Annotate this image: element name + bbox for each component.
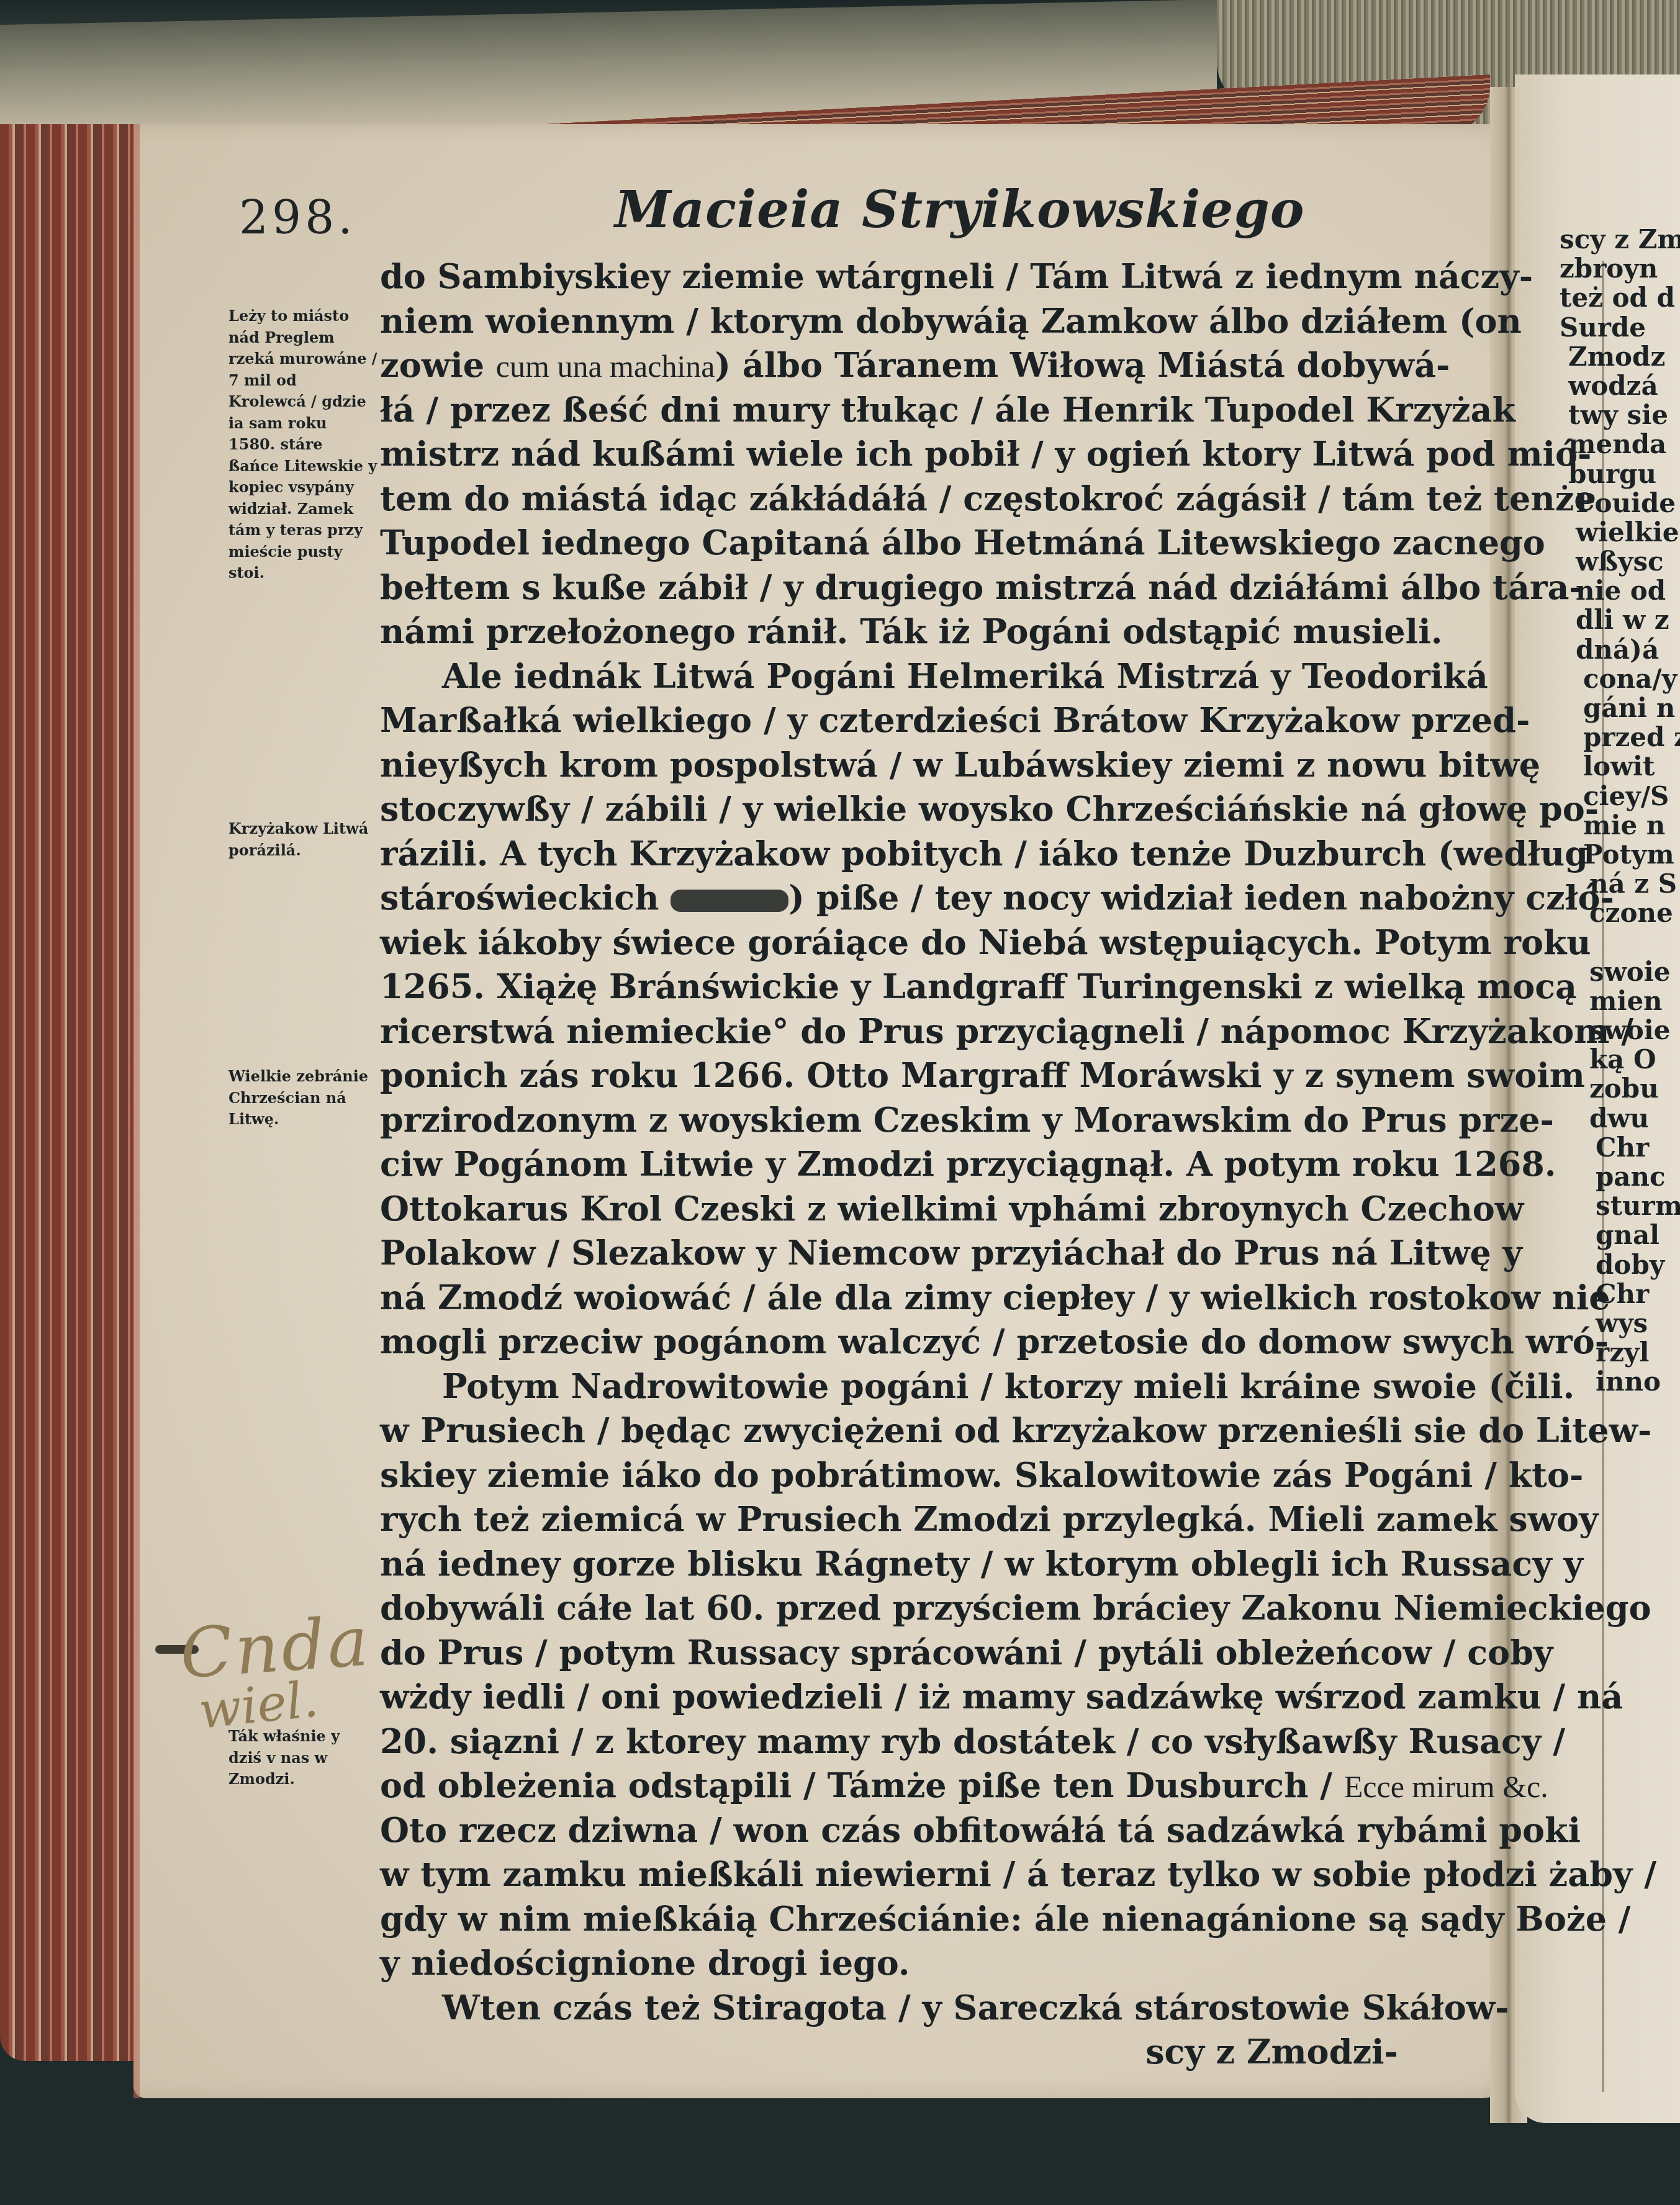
latin-phrase: Ecce mirum &c. — [1344, 1769, 1548, 1804]
right-page-line-fragment: burgu — [1560, 459, 1680, 489]
text-line: w tym zamku mießkáli niewierni / á teraz… — [380, 1852, 1398, 1897]
right-page-line-fragment: wßysc — [1560, 547, 1680, 576]
right-page-line-fragment: cona/y — [1560, 664, 1680, 693]
right-page-line-fragment: Chr — [1560, 1279, 1680, 1309]
text-line: Ale iednák Litwá Pogáni Helmeriká Mistrz… — [380, 654, 1398, 699]
text-line: wżdy iedli / oni powiedzieli / iż mamy s… — [380, 1675, 1398, 1720]
text-line: dobywáli cáłe lat 60. przed przyściem br… — [380, 1586, 1398, 1631]
right-page-line-fragment: inno — [1560, 1367, 1680, 1396]
right-page-line-fragment: sturm — [1560, 1191, 1680, 1220]
text-line: do Sambiyskiey ziemie wtárgneli / Tám Li… — [380, 255, 1398, 299]
right-page-line-fragment: ciey/S — [1560, 782, 1680, 811]
right-page-line-fragment: wielkie — [1560, 518, 1680, 547]
text-line: Marßałká wielkiego / y czterdzieści Brát… — [380, 698, 1398, 743]
margin-note-crusade: Wielkie zebránie Chrześcian ná Litwę. — [228, 1066, 377, 1130]
right-page-line-fragment: Pouide — [1560, 489, 1680, 518]
text-line: ponich zás roku 1266. Otto Margraff Morá… — [380, 1053, 1398, 1098]
right-page-line-fragment: Zmodz — [1560, 342, 1680, 371]
text-line: gdy w nim mießkáią Chrześciánie: ále nie… — [380, 1897, 1398, 1942]
right-page-line-fragment: zobu — [1560, 1074, 1680, 1103]
text-line: rych też ziemicá w Prusiech Zmodzi przyl… — [380, 1497, 1398, 1542]
text-segment: stároświeckich — [380, 878, 671, 918]
main-text-column: do Sambiyskiey ziemie wtárgneli / Tám Li… — [380, 255, 1398, 2075]
text-line: 20. siązni / z ktorey mamy ryb dostátek … — [380, 1720, 1398, 1764]
handwritten-annotation: Cnda wiel. — [155, 1583, 354, 1738]
text-line: skiey ziemie iáko do pobrátimow. Skalowi… — [380, 1453, 1398, 1498]
text-line: Oto rzecz dziwna / won czás obfitowáłá t… — [380, 1808, 1398, 1853]
text-line: ná Zmodź woiowáć / ále dla zimy ciepłey … — [380, 1276, 1398, 1320]
right-page-line-fragment: rzyl — [1560, 1338, 1680, 1367]
right-page-line-fragment — [1560, 928, 1680, 957]
right-page-line-fragment: mie n — [1560, 811, 1680, 840]
text-line: bełtem s kuße zábił / y drugiego mistrzá… — [380, 566, 1398, 610]
text-line: nieyßych krom pospolstwá / w Lubáwskiey … — [380, 743, 1398, 788]
right-page-line-fragment: dli w z — [1560, 605, 1680, 634]
right-page-line-fragment: doby — [1560, 1250, 1680, 1279]
right-page-text-fragments: scy z Zmzbroynteż od dSurdeZmodzwodzátwy… — [1560, 225, 1680, 1397]
right-page-line-fragment: gáni n — [1560, 693, 1680, 723]
right-page-line-fragment: zbroyn — [1560, 254, 1680, 283]
right-page-line-fragment: nie od — [1560, 576, 1680, 605]
right-page-line-fragment: też od d — [1560, 283, 1680, 312]
text-line: ricerstwá niemieckie° do Prus przyciągne… — [380, 1009, 1398, 1054]
text-line: tem do miástá idąc zákłádáłá / częstokro… — [380, 477, 1398, 521]
text-line: scy z Zmodzi- — [380, 2030, 1398, 2075]
text-line: ciw Pogánom Litwie y Zmodzi przyciągnął.… — [380, 1142, 1398, 1187]
text-line: w Prusiech / będąc zwyciężeni od krzyżak… — [380, 1409, 1398, 1453]
text-line: 1265. Xiążę Bránświckie y Landgraff Turi… — [380, 965, 1398, 1009]
right-page-line-fragment: scy z Zm — [1560, 225, 1680, 254]
right-page-line-fragment: dwu — [1560, 1104, 1680, 1133]
text-line: y niedoścignione drogi iego. — [380, 1941, 1398, 1986]
text-line: łá / przez ßeść dni mury tłukąc / ále He… — [380, 388, 1398, 433]
right-page-line-fragment: panc — [1560, 1162, 1680, 1191]
text-line: wiek iákoby świece goráiące do Niebá wst… — [380, 921, 1398, 965]
page-edges-left — [0, 124, 143, 2061]
right-page-line-fragment: mien — [1560, 986, 1680, 1016]
right-page-line-fragment: Chr — [1560, 1133, 1680, 1162]
right-page-line-fragment: Surde — [1560, 313, 1680, 342]
text-line: stároświeckich ) piße / tey nocy widział… — [380, 876, 1398, 921]
right-page-line-fragment: przed z — [1560, 723, 1680, 752]
handwriting-line-2: wiel. — [196, 1670, 321, 1740]
latin-phrase: cum una machina — [496, 349, 715, 384]
text-line: ná iedney gorze blisku Rágnety / w ktory… — [380, 1542, 1398, 1587]
right-page-line-fragment: swoie — [1560, 1016, 1680, 1045]
text-segment: zowie — [380, 345, 496, 385]
text-line: Tupodel iednego Capitaná álbo Hetmáná Li… — [380, 521, 1398, 566]
ink-blot — [671, 890, 788, 912]
text-segment: ) piße / tey nocy widział ieden nabożny … — [788, 878, 1614, 918]
text-line: niem woiennym / ktorym dobywáią Zamkow á… — [380, 299, 1398, 344]
right-page-line-fragment: lowit — [1560, 752, 1680, 781]
text-line: rázili. A tych Krzyżakow pobitych / iáko… — [380, 832, 1398, 877]
right-page-line-fragment: wys — [1560, 1309, 1680, 1338]
right-page-line-fragment: menda — [1560, 430, 1680, 459]
text-line: stoczywßy / zábili / y wielkie woysko Ch… — [380, 787, 1398, 832]
text-line: Potym Nadrowitowie pogáni / ktorzy mieli… — [380, 1364, 1398, 1409]
margin-note-defeat: Krzyżakow Litwá porázilá. — [228, 818, 377, 861]
text-line: od obleżenia odstąpili / Támże piße ten … — [380, 1764, 1398, 1808]
text-line: Polakow / Slezakow y Niemcow przyiáchał … — [380, 1231, 1398, 1276]
text-segment: od obleżenia odstąpili / Támże piße ten … — [380, 1765, 1344, 1805]
right-page-line-fragment: ná z S — [1560, 869, 1680, 898]
right-page-line-fragment: czone — [1560, 898, 1680, 927]
right-page-line-fragment: Potym — [1560, 840, 1680, 869]
margin-note-konigsberg: Leży to miásto nád Preglem rzeká murowán… — [228, 305, 377, 584]
right-page-line-fragment: dná)á — [1560, 635, 1680, 664]
right-page-line-fragment: wodzá — [1560, 371, 1680, 400]
text-line: mogli przeciw pogánom walczyć / przetosi… — [380, 1320, 1398, 1364]
right-page-line-fragment: twy sie — [1560, 400, 1680, 430]
text-line: mistrz nád kußámi wiele ich pobił / y og… — [380, 432, 1398, 477]
running-title: Macieia Stryikowskiego — [615, 180, 1305, 240]
text-line: námi przełożonego ránił. Ták iż Pogáni o… — [380, 610, 1398, 654]
page-number: 298. — [239, 191, 356, 245]
right-page-line-fragment: gnal — [1560, 1220, 1680, 1250]
right-page-line-fragment: ką O — [1560, 1045, 1680, 1074]
right-page-line-fragment: swoie — [1560, 957, 1680, 986]
text-segment: ) álbo Táranem Wiłową Miástá dobywá- — [715, 345, 1450, 385]
text-line: przirodzonym z woyskiem Czeskim y Moraws… — [380, 1098, 1398, 1143]
text-line: zowie cum una machina) álbo Táranem Wiło… — [380, 343, 1398, 388]
text-line: Ottokarus Krol Czeski z wielkimi vphámi … — [380, 1187, 1398, 1232]
text-line: Wten czás też Stiragota / y Sareczká stá… — [380, 1986, 1398, 2031]
text-line: do Prus / potym Russacy sprácowáni / pyt… — [380, 1631, 1398, 1675]
